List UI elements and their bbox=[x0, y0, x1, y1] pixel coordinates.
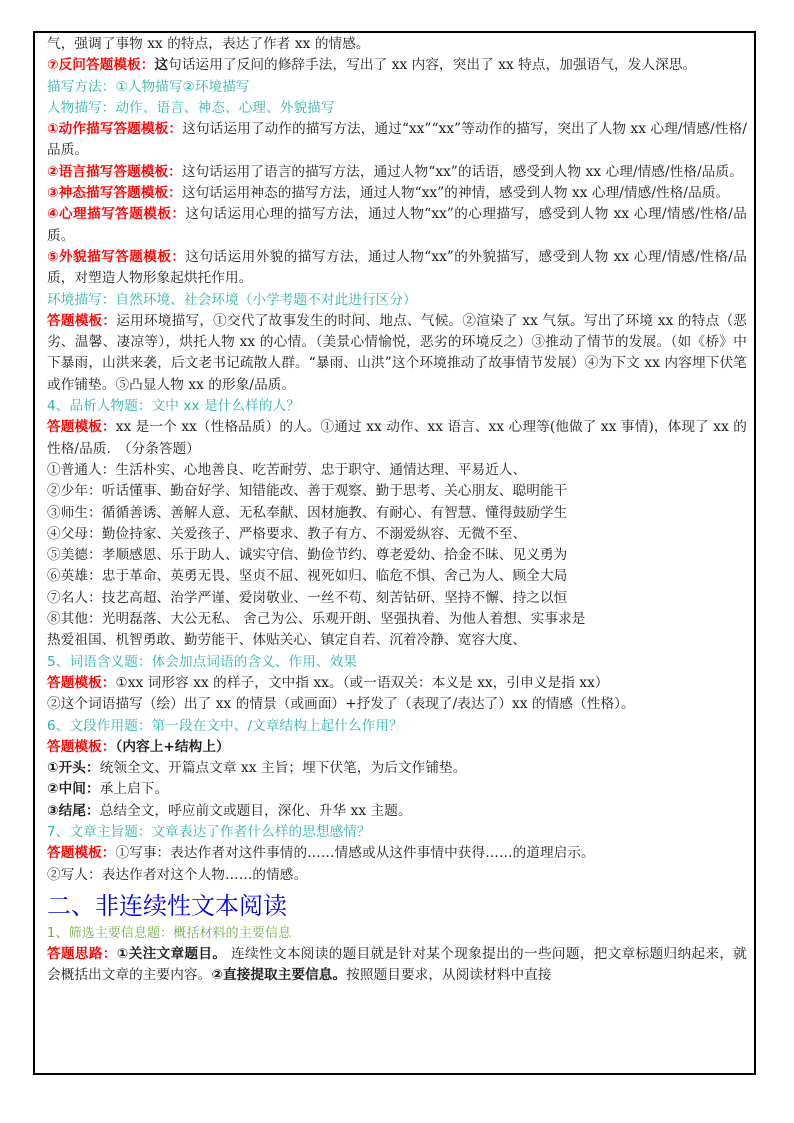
body-text: 总结全文，呼应前文或题目，深化、升华 xx 主题。 bbox=[100, 803, 412, 819]
section-heading: 描写方法：①人物描写②环境描写 bbox=[47, 77, 747, 98]
trait-list-item: 热爱祖国、机智勇敢、勤劳能干、体贴关心、镇定自若、沉着冷静、宽容大度、 bbox=[47, 630, 747, 651]
document-content: 气，强调了事物 xx 的特点，表达了作者 xx 的情感。 ⑦反问答题模板：这句话… bbox=[47, 34, 747, 986]
template-label: ②语言描写答题模板： bbox=[47, 164, 182, 180]
template-paragraph-expression: ③神态描写答题模板：这句话运用神态的描写方法，通过人物“xx”的神情，感受到人物… bbox=[47, 183, 747, 204]
template-label: ③神态描写答题模板： bbox=[47, 185, 182, 201]
body-text: 句话运用了反问的修辞手法，写出了 xx 内容，突出了 xx 特点，加强语气，发人… bbox=[168, 57, 696, 73]
bold-text: 这 bbox=[154, 57, 168, 73]
text-line: ②写人：表达作者对这个人物……的情感。 bbox=[47, 865, 747, 886]
template-paragraph-word-meaning: 答题模板：①xx 词形容 xx 的样子，文中指 xx。（或一语双关：本义是 xx… bbox=[47, 673, 747, 694]
bold-text: ①关注文章题目。 bbox=[117, 946, 227, 962]
template-label: 答题模板： bbox=[47, 675, 115, 691]
section-heading: 1、筛选主要信息题：概括材料的主要信息 bbox=[47, 924, 747, 944]
bold-text: ②直接提取主要信息。 bbox=[211, 967, 346, 983]
text-line: ①开头：统领全文、开篇点文章 xx 主旨；埋下伏笔，为后文作铺垫。 bbox=[47, 758, 747, 779]
template-paragraph-psychology: ④心理描写答题模板：这句话运用心理的描写方法，通过人物“xx”的心理描写，感受到… bbox=[47, 204, 747, 247]
answer-approach-paragraph: 答题思路：①关注文章题目。 连续性文本阅读的题目就是针对某个现象提出的一些问题，… bbox=[47, 944, 747, 987]
section-heading: 人物描写：动作、语言、神态、心理、外貌描写 bbox=[47, 98, 747, 119]
body-text: 气，强调了事物 xx 的特点，表达了作者 xx 的情感。 bbox=[47, 36, 370, 52]
section-heading: 4、品析人物题：文中 xx 是什么样的人？ bbox=[47, 396, 747, 417]
trait-list-item: ⑤美德：孝顺感恩、乐于助人、诚实守信、勤俭节约、尊老爱幼、拾金不昧、见义勇为 bbox=[47, 545, 747, 566]
template-label: 答题模板： bbox=[47, 739, 115, 755]
trait-list-item: ⑧其他：光明磊落、大公无私、 舍己为公、乐观开朗、坚强执着、为他人着想、实事求是 bbox=[47, 609, 747, 630]
template-paragraph-action: ①动作描写答题模板：这句话运用了动作的描写方法，通过“xx”“xx”等动作的描写… bbox=[47, 119, 747, 162]
template-label: 答题模板： bbox=[47, 845, 115, 861]
section-title: 二、非连续性文本阅读 bbox=[47, 888, 747, 924]
body-text: 这句话运用神态的描写方法，通过人物“xx”的神情，感受到人物 xx 心理/情感/… bbox=[182, 185, 729, 201]
body-text: 承上启下。 bbox=[100, 781, 168, 797]
text-line: ②这个词语描写（绘）出了 xx 的情景（或画面）+抒发了（表现了/表达了）xx … bbox=[47, 694, 747, 715]
body-text: 按照题目要求，从阅读材料中直接 bbox=[346, 967, 551, 983]
trait-list-item: ①普通人：生活朴实、心地善良、吃苦耐劳、忠于职守、通情达理、平易近人、 bbox=[47, 460, 747, 481]
template-paragraph-paragraph-role: 答题模板：（内容上+结构上） bbox=[47, 737, 747, 758]
section-heading: 环境描写：自然环境、社会环境（小学考题不对此进行区分） bbox=[47, 290, 747, 311]
template-paragraph-environment: 答题模板：运用环境描写，①交代了故事发生的时间、地点、气候。②渲染了 xx 气氛… bbox=[47, 311, 747, 396]
template-paragraph-theme: 答题模板：①写事：表达作者对这件事情的……情感或从这件事情中获得……的道理启示。 bbox=[47, 843, 747, 864]
trait-list-item: ③师生：循循善诱、善解人意、无私奉献、因材施教、有耐心、有智慧、懂得鼓励学生 bbox=[47, 503, 747, 524]
text-line: 气，强调了事物 xx 的特点，表达了作者 xx 的情感。 bbox=[47, 34, 747, 55]
body-text: 运用环境描写，①交代了故事发生的时间、地点、气候。②渲染了 xx 气氛。写出了环… bbox=[47, 313, 747, 393]
template-label: 答题模板： bbox=[47, 313, 116, 329]
bold-text: ②中间： bbox=[47, 781, 100, 797]
body-text: ①xx 词形容 xx 的样子，文中指 xx。（或一语双关：本义是 xx，引申义是… bbox=[115, 675, 608, 691]
bold-text: ③结尾： bbox=[47, 803, 100, 819]
bold-text: ①开头： bbox=[47, 760, 100, 776]
trait-list-item: ⑦名人：技艺高超、治学严谨、爱岗敬业、一丝不苟、刻苦钻研、坚持不懈、持之以恒 bbox=[47, 588, 747, 609]
text-line: ③结尾：总结全文，呼应前文或题目，深化、升华 xx 主题。 bbox=[47, 801, 747, 822]
body-text: ①写事：表达作者对这件事情的……情感或从这件事情中获得……的道理启示。 bbox=[115, 845, 594, 861]
template-paragraph-character: 答题模板：xx 是一个 xx（性格品质）的人。①通过 xx 动作、xx 语言、x… bbox=[47, 417, 747, 460]
template-label: 答题模板： bbox=[47, 419, 116, 435]
trait-list-item: ②少年：听话懂事、勤奋好学、知错能改、善于观察、勤于思考、关心朋友、聪明能干 bbox=[47, 481, 747, 502]
template-label: 答题思路： bbox=[47, 946, 117, 962]
template-paragraph-rhetorical-question: ⑦反问答题模板：这句话运用了反问的修辞手法，写出了 xx 内容，突出了 xx 特… bbox=[47, 55, 747, 76]
section-heading: 7、文章主旨题：文章表达了作者什么样的思想感情？ bbox=[47, 822, 747, 843]
template-label: ①动作描写答题模板： bbox=[47, 121, 182, 137]
body-text: 统领全文、开篇点文章 xx 主旨；埋下伏笔，为后文作铺垫。 bbox=[100, 760, 467, 776]
template-label: ⑦反问答题模板： bbox=[47, 57, 154, 73]
trait-list-item: ⑥英雄：忠于革命、英勇无畏、坚贞不屈、视死如归、临危不惧、舍己为人、顾全大局 bbox=[47, 566, 747, 587]
template-label: ④心理描写答题模板： bbox=[47, 206, 185, 222]
text-line: ②中间：承上启下。 bbox=[47, 779, 747, 800]
section-heading: 6、文段作用题：第一段在文中、/文章结构上起什么作用？ bbox=[47, 716, 747, 737]
section-heading: 5、词语含义题：体会加点词语的含义、作用、效果 bbox=[47, 652, 747, 673]
body-text: xx 是一个 xx（性格品质）的人。①通过 xx 动作、xx 语言、xx 心理等… bbox=[47, 419, 747, 456]
template-paragraph-language: ②语言描写答题模板：这句话运用了语言的描写方法，通过人物“xx”的话语，感受到人… bbox=[47, 162, 747, 183]
bold-text: （内容上+结构上） bbox=[115, 739, 229, 755]
body-text: 这句话运用了语言的描写方法，通过人物“xx”的话语，感受到人物 xx 心理/情感… bbox=[182, 164, 743, 180]
template-paragraph-appearance: ⑤外貌描写答题模板：这句话运用外貌的描写方法，通过人物“xx”的外貌描写，感受到… bbox=[47, 247, 747, 290]
template-label: ⑤外貌描写答题模板： bbox=[47, 249, 185, 265]
trait-list-item: ④父母：勤俭持家、关爱孩子、严格要求、教子有方、不溺爱纵容、无微不至、 bbox=[47, 524, 747, 545]
